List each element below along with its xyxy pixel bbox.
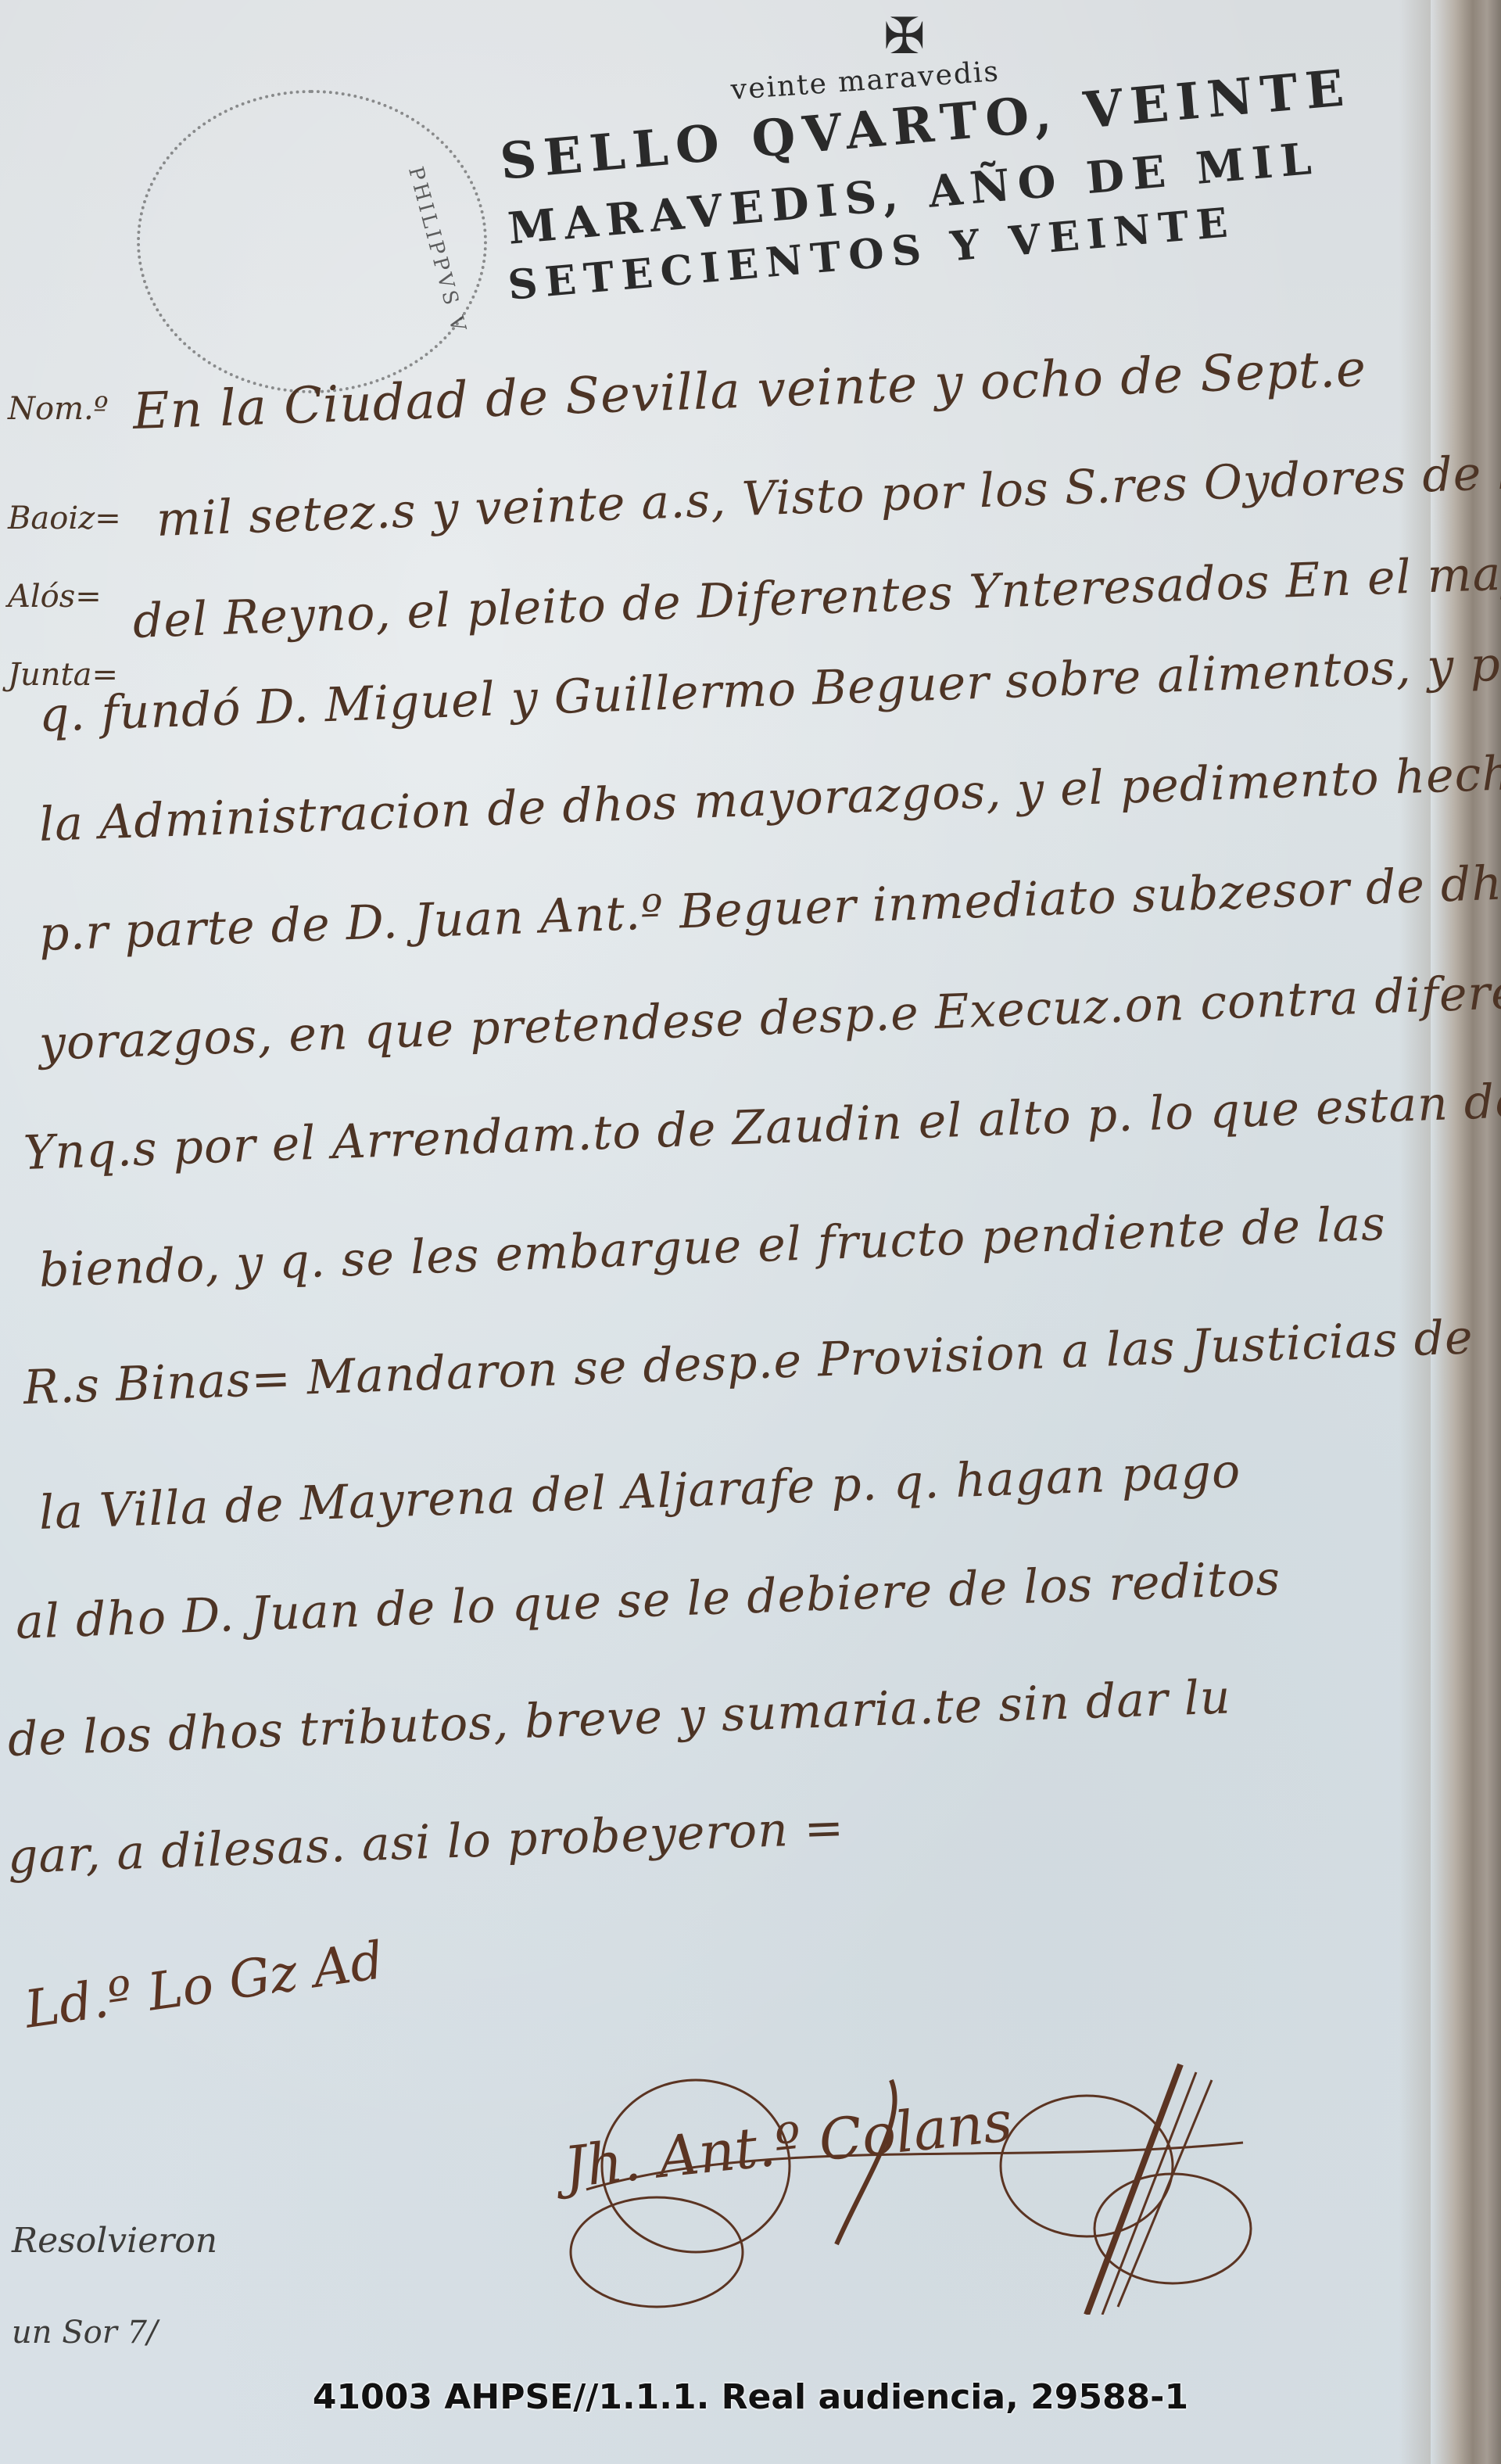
document-page: ✠ veinte maravedis SELLO QVARTO, VEINTE … <box>0 0 1501 2464</box>
page-edge <box>1431 0 1501 2464</box>
body-line: de los dhos tributos, breve y sumaria.te… <box>7 1670 1232 1767</box>
body-line: R.s Binas= Mandaron se desp.e Provision … <box>23 1310 1474 1415</box>
judges-rubrics: Ld.º Lo Gz Ad <box>21 1930 387 2040</box>
body-line: mil setez.s y veinte a.s, Visto por los … <box>156 439 1501 547</box>
bottom-left-note: un Sor 7/ <box>12 2315 157 2351</box>
body-line: al dho D. Juan de lo que se le debiere d… <box>15 1551 1281 1650</box>
body-line: biendo, y q. se les embargue el fructo p… <box>38 1196 1387 1298</box>
page-fold-shadow <box>1399 0 1431 2464</box>
bottom-left-note: Resolvieron <box>12 2221 217 2261</box>
margin-note: Alós= <box>8 579 102 615</box>
body-line: p.r parte de D. Juan Ant.º Beguer inmedi… <box>38 851 1501 962</box>
margin-note: Nom.º <box>8 391 109 427</box>
margin-note: Baoiz= <box>8 500 121 536</box>
body-line: q. fundó D. Miguel y Guillermo Beguer so… <box>38 631 1501 743</box>
body-line: gar, a dilesas. asi lo probeyeron = <box>7 1801 845 1885</box>
archive-caption: 41003 AHPSE//1.1.1. Real audiencia, 2958… <box>0 2377 1501 2417</box>
body-line: yorazgos, en que pretendese desp.e Execu… <box>38 961 1501 1071</box>
body-line: la Administracion de dhos mayorazgos, y … <box>38 745 1501 852</box>
body-line: Ynq.s por el Arrendam.to de Zaudin el al… <box>23 1074 1501 1181</box>
body-line: la Villa de Mayrena del Aljarafe p. q. h… <box>38 1444 1241 1540</box>
body-line: del Reyno, el pleito de Diferentes Ynter… <box>132 540 1501 649</box>
stamp-cross-icon: ✠ <box>883 8 926 66</box>
